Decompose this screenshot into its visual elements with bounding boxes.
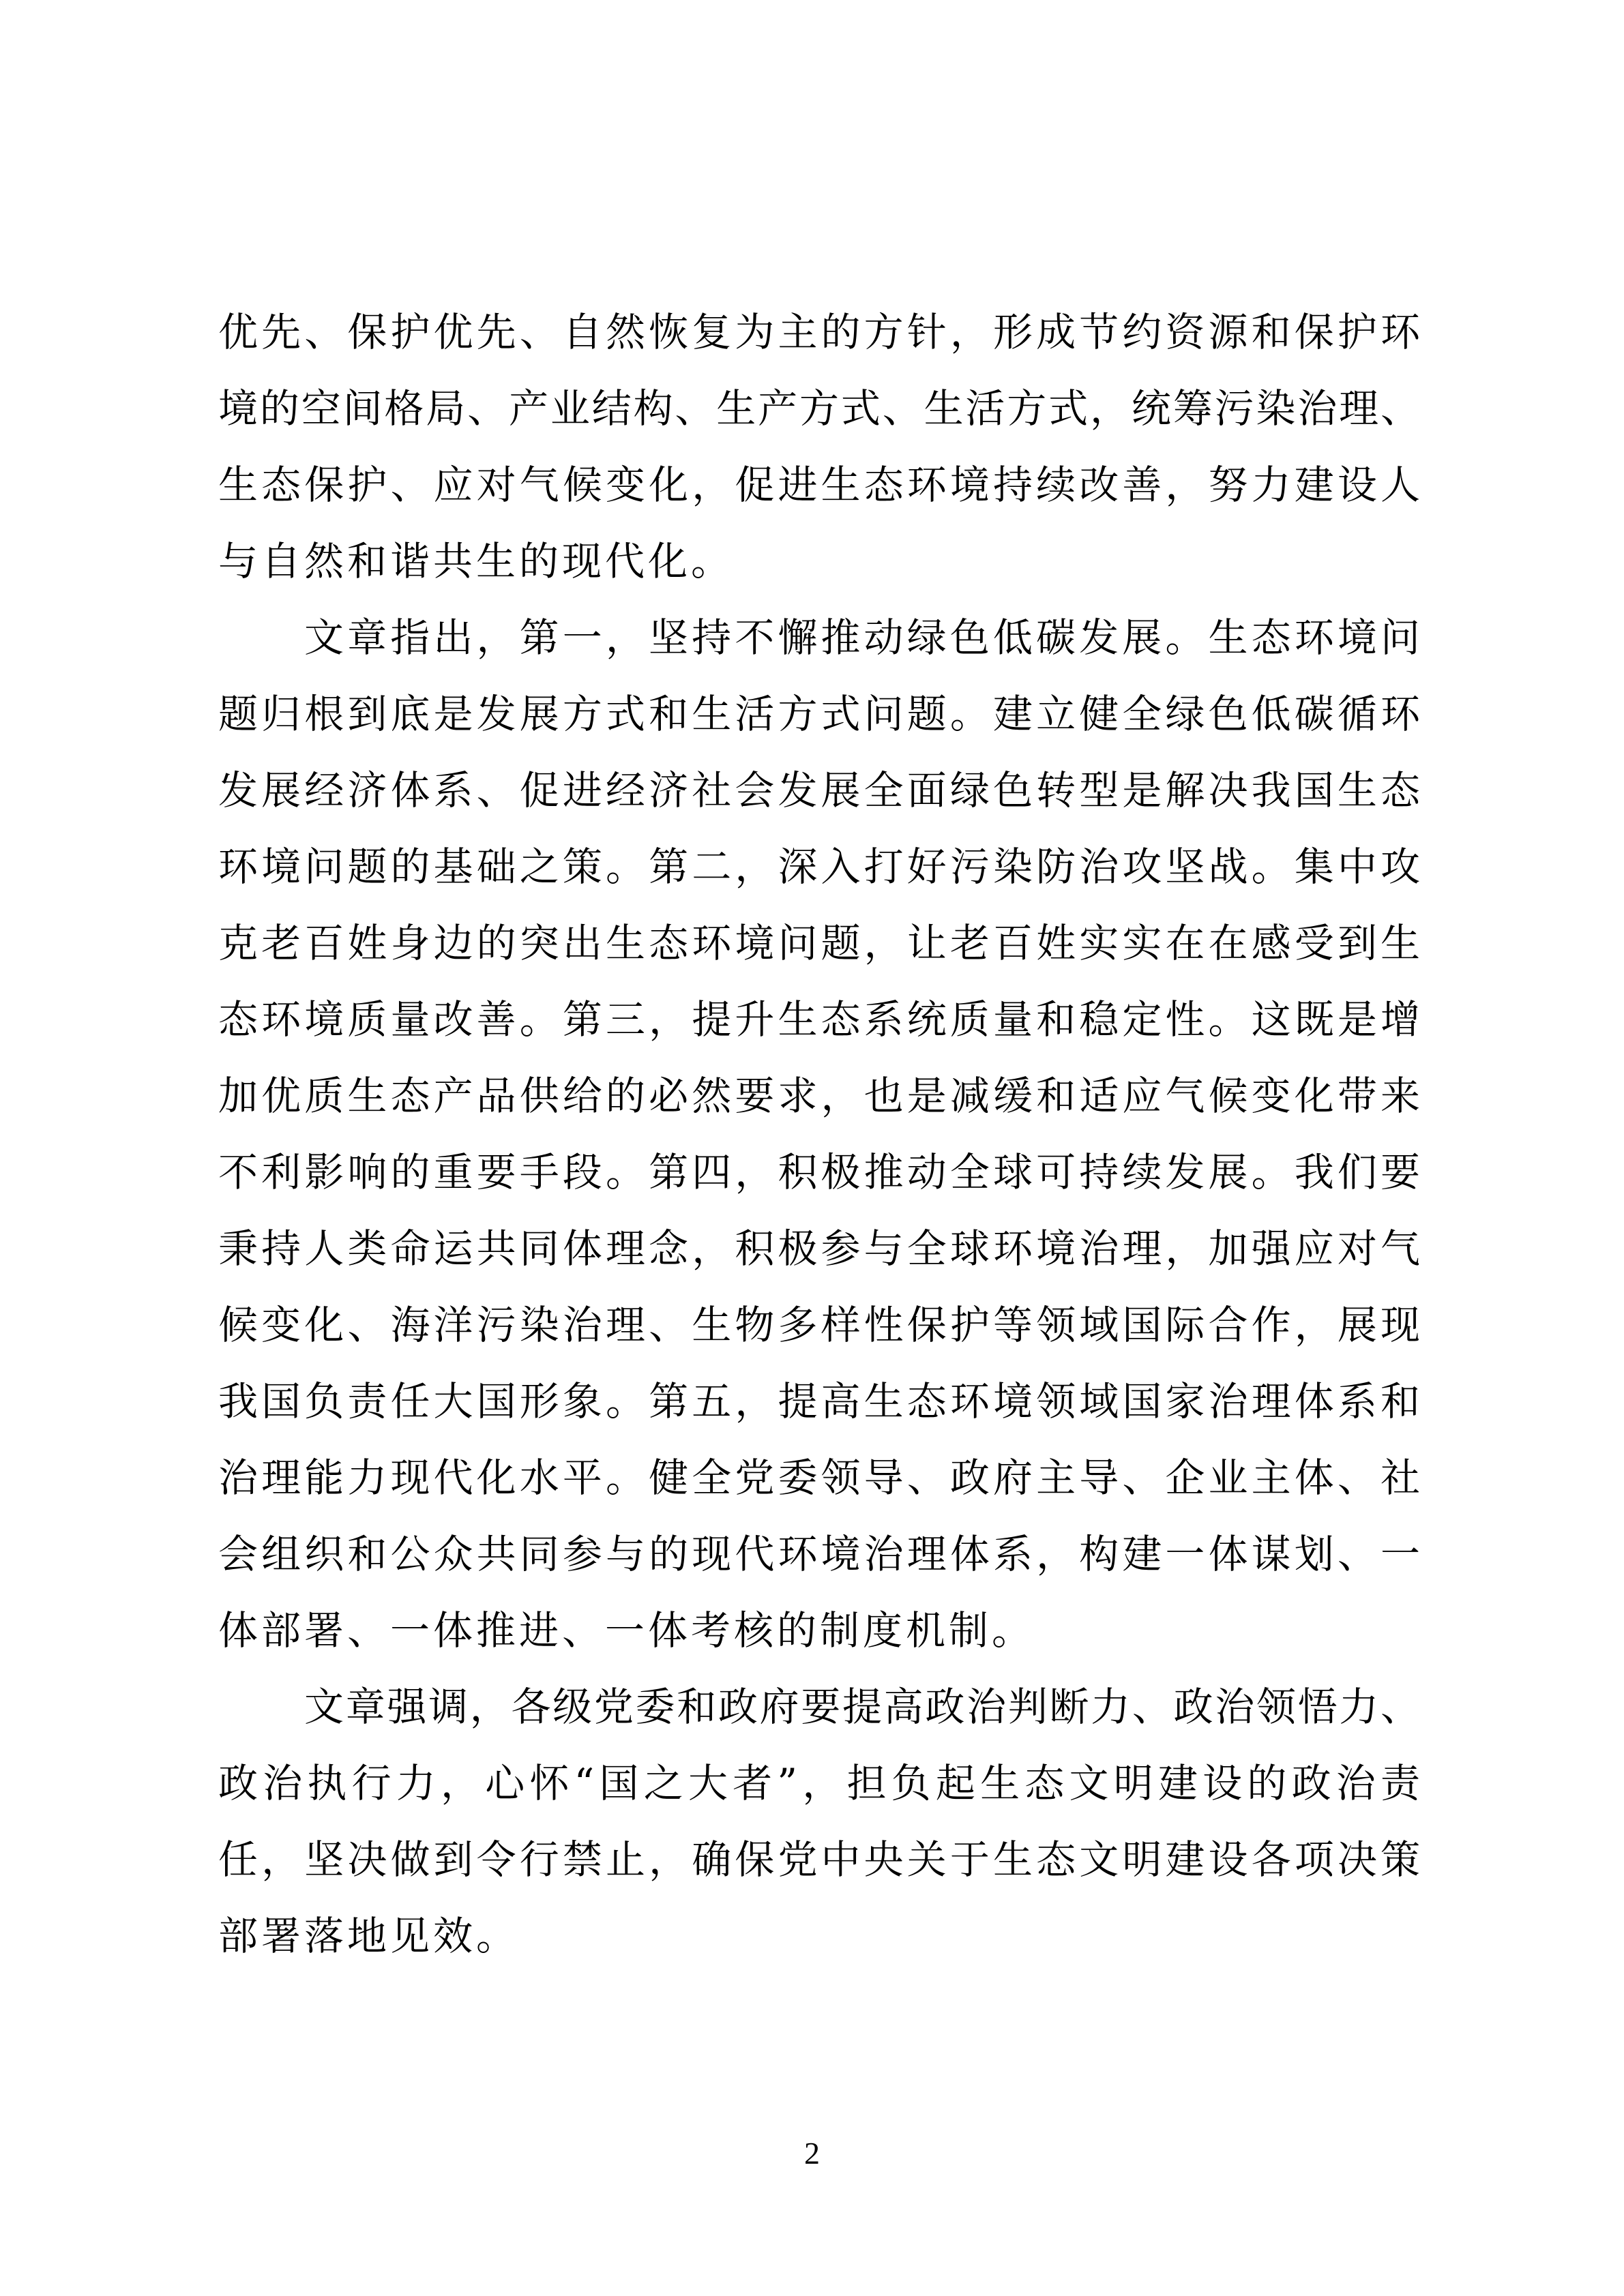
body-text: 优先、保护优先、自然恢复为主的方针，形成节约资源和保护环 境的空间格局、产业结构… — [218, 294, 1420, 1974]
document-page: 优先、保护优先、自然恢复为主的方针，形成节约资源和保护环 境的空间格局、产业结构… — [0, 0, 1624, 2296]
text-line: 态环境质量改善。第三，提升生态系统质量和稳定性。这既是增 — [218, 981, 1420, 1058]
text-line: 文章指出，第一，坚持不懈推动绿色低碳发展。生态环境问 — [218, 599, 1420, 676]
page-number: 2 — [0, 2133, 1624, 2174]
text-line: 秉持人类命运共同体理念，积极参与全球环境治理，加强应对气 — [218, 1210, 1420, 1287]
text-line: 部署落地见效。 — [218, 1898, 1420, 1974]
text-line: 与自然和谐共生的现代化。 — [218, 523, 1420, 599]
text-line: 文章强调，各级党委和政府要提高政治判断力、政治领悟力、 — [218, 1669, 1420, 1745]
text-line: 政治执行力，心怀“国之大者”，担负起生态文明建设的政治责 — [218, 1745, 1420, 1821]
text-line: 不利影响的重要手段。第四，积极推动全球可持续发展。我们要 — [218, 1134, 1420, 1210]
text-line: 候变化、海洋污染治理、生物多样性保护等领域国际合作，展现 — [218, 1287, 1420, 1363]
paragraph-3: 文章强调，各级党委和政府要提高政治判断力、政治领悟力、 政治执行力，心怀“国之大… — [218, 1669, 1420, 1974]
text-line: 体部署、一体推进、一体考核的制度机制。 — [218, 1592, 1420, 1669]
text-line: 优先、保护优先、自然恢复为主的方针，形成节约资源和保护环 — [218, 294, 1420, 370]
text-line: 环境问题的基础之策。第二，深入打好污染防治攻坚战。集中攻 — [218, 829, 1420, 905]
paragraph-2: 文章指出，第一，坚持不懈推动绿色低碳发展。生态环境问 题归根到底是发展方式和生活… — [218, 599, 1420, 1669]
text-line: 发展经济体系、促进经济社会发展全面绿色转型是解决我国生态 — [218, 752, 1420, 829]
text-line: 任，坚决做到令行禁止，确保党中央关于生态文明建设各项决策 — [218, 1821, 1420, 1898]
text-line: 会组织和公众共同参与的现代环境治理体系，构建一体谋划、一 — [218, 1516, 1420, 1592]
text-line: 题归根到底是发展方式和生活方式问题。建立健全绿色低碳循环 — [218, 676, 1420, 752]
text-line: 克老百姓身边的突出生态环境问题，让老百姓实实在在感受到生 — [218, 905, 1420, 981]
text-line: 境的空间格局、产业结构、生产方式、生活方式，统筹污染治理、 — [218, 370, 1420, 447]
text-line: 我国负责任大国形象。第五，提高生态环境领域国家治理体系和 — [218, 1363, 1420, 1440]
paragraph-1: 优先、保护优先、自然恢复为主的方针，形成节约资源和保护环 境的空间格局、产业结构… — [218, 294, 1420, 599]
text-line: 生态保护、应对气候变化，促进生态环境持续改善，努力建设人 — [218, 447, 1420, 523]
text-line: 加优质生态产品供给的必然要求，也是减缓和适应气候变化带来 — [218, 1058, 1420, 1134]
text-line: 治理能力现代化水平。健全党委领导、政府主导、企业主体、社 — [218, 1440, 1420, 1516]
